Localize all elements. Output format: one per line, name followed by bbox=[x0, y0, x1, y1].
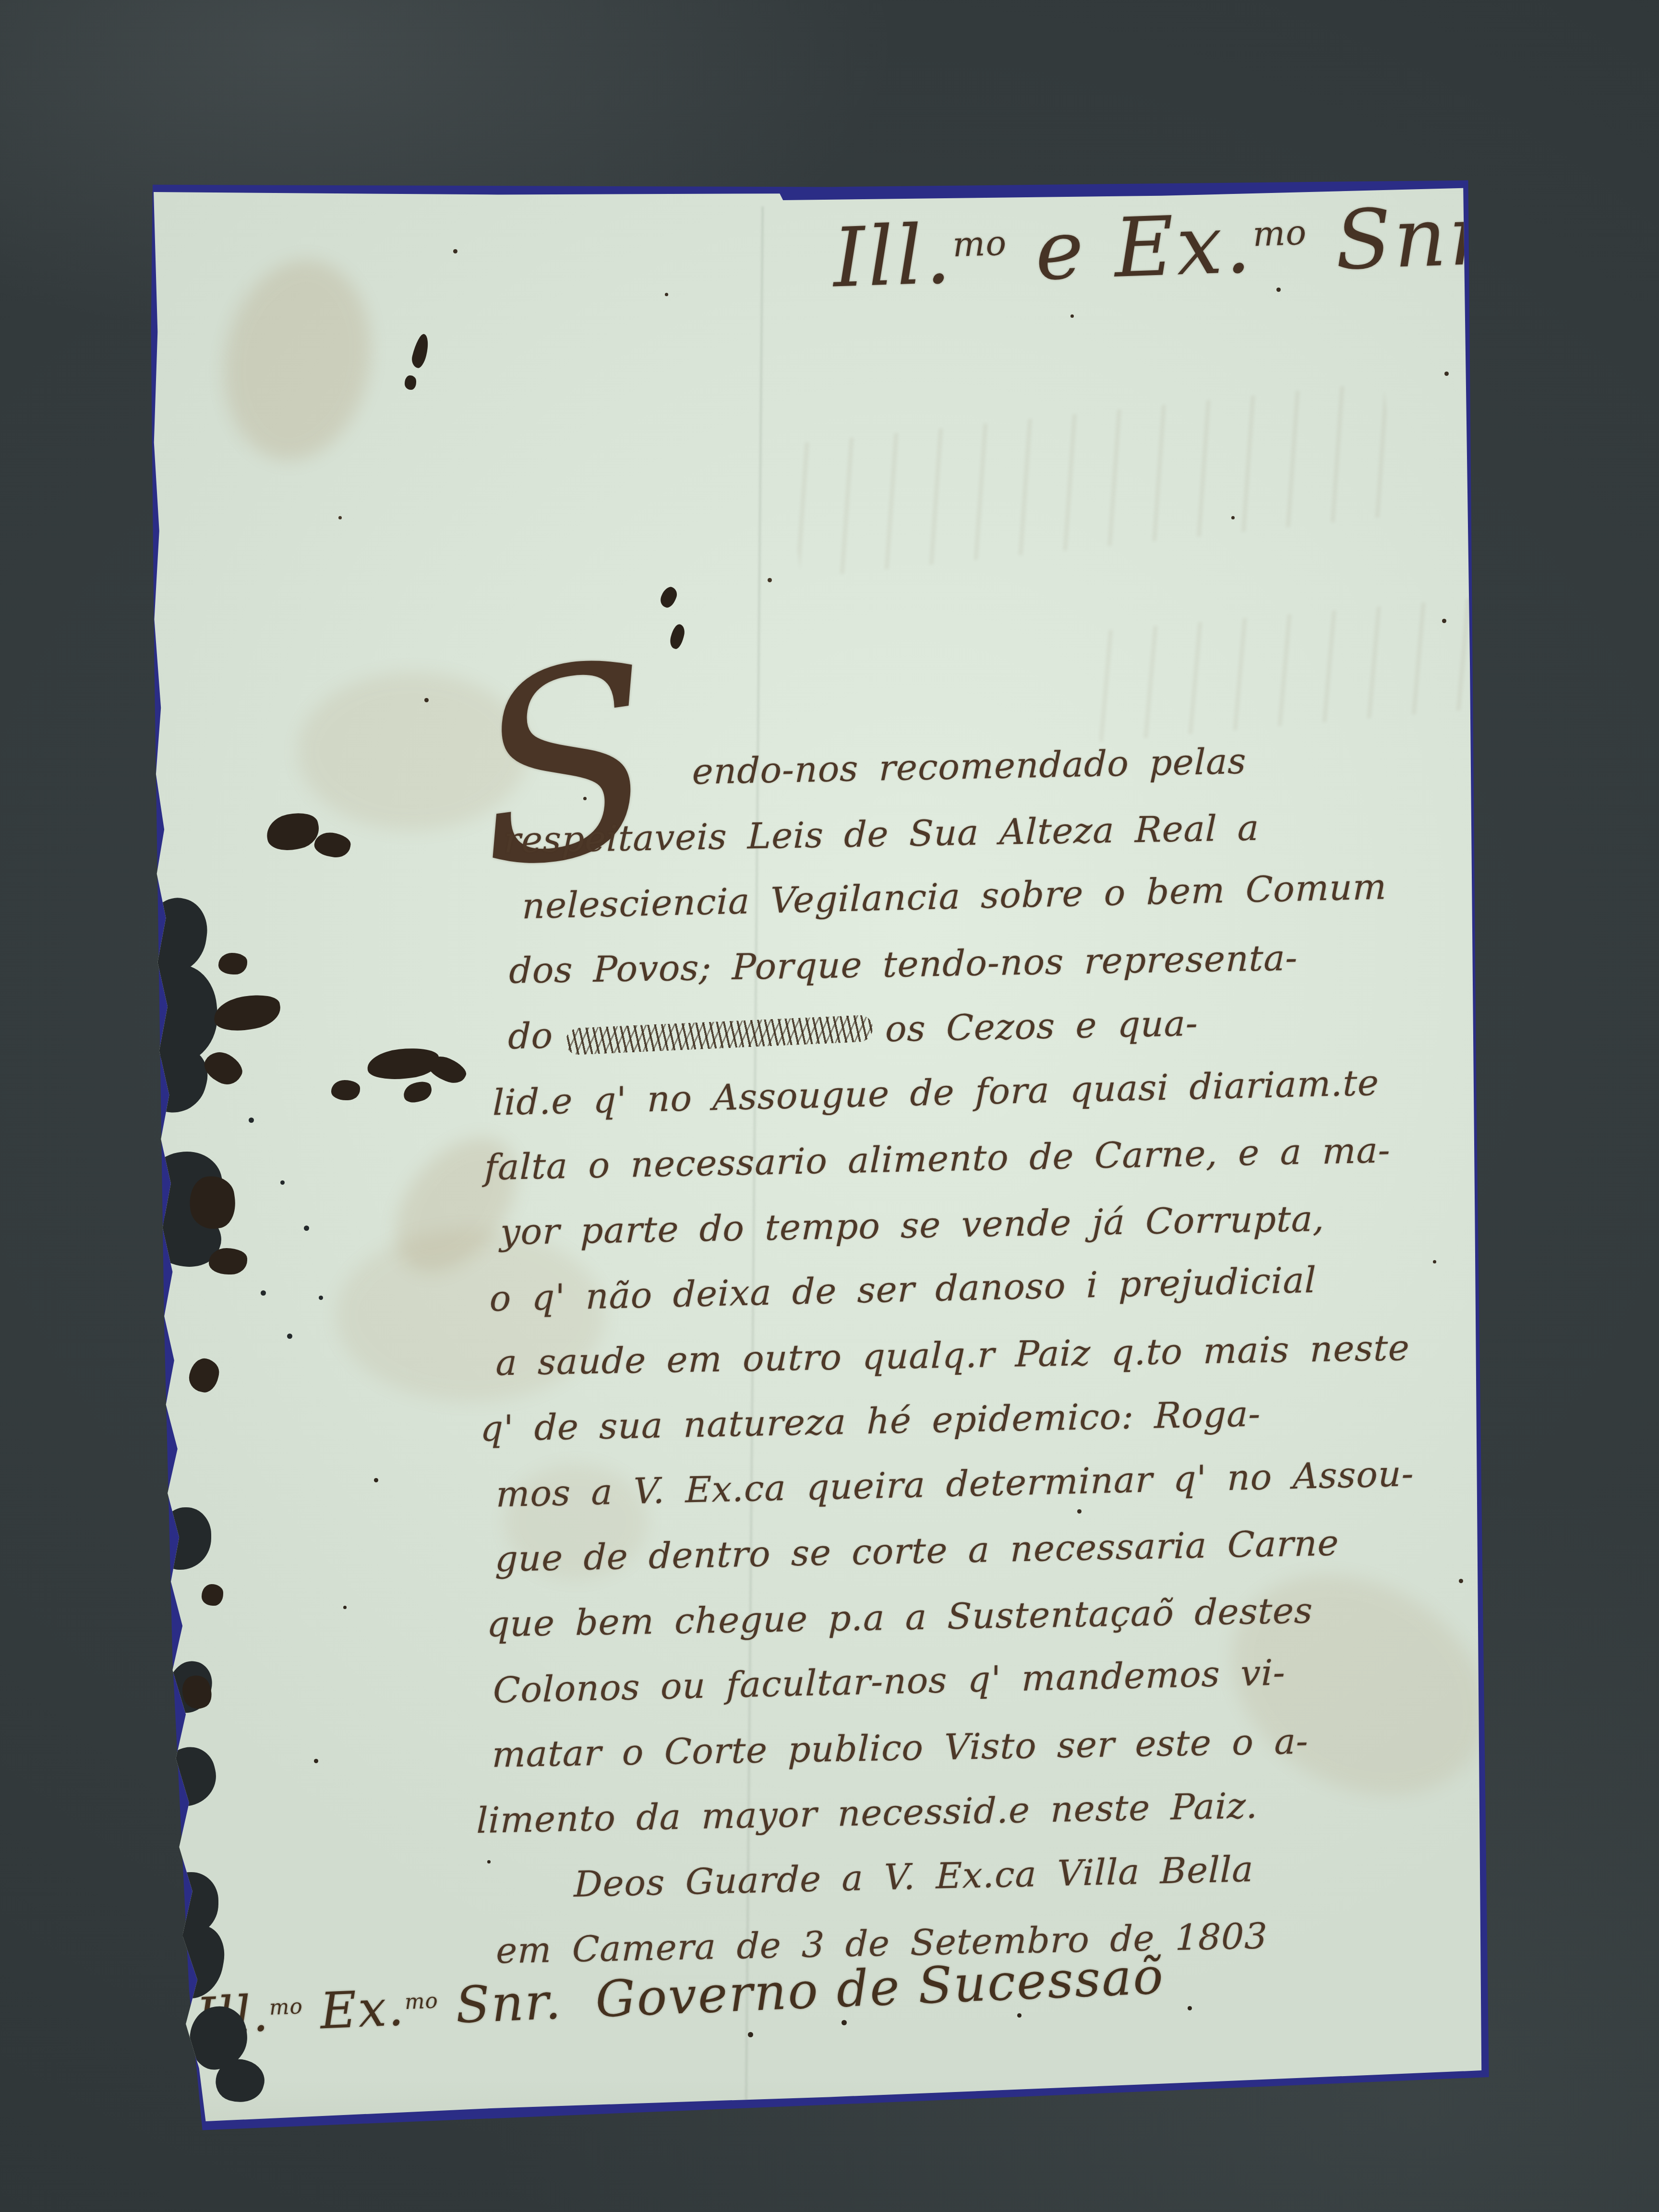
address-superscript: mo bbox=[269, 1994, 303, 2020]
salutation: Ill.mo e Ex.mo Snr. bbox=[831, 187, 1511, 306]
ink-blot bbox=[331, 1080, 360, 1100]
address-text: Snr. bbox=[437, 1972, 563, 2035]
manuscript-page: Ill.mo e Ex.mo Snr. Sendo-nos recomendad… bbox=[0, 0, 1659, 2212]
letter-body: Sendo-nos recomendado pelas respeitaveis… bbox=[471, 724, 1475, 1984]
ink-blot bbox=[211, 990, 283, 1035]
salutation-text: Ill. bbox=[831, 207, 955, 306]
ink-blot bbox=[313, 830, 352, 859]
address-superscript: mo bbox=[404, 1988, 439, 2014]
salutation-text: e Ex. bbox=[1005, 196, 1254, 300]
paper-specks bbox=[0, 0, 3, 3]
damage-hole bbox=[157, 1742, 222, 1810]
paper-stain bbox=[209, 248, 386, 472]
salutation-text: Snr. bbox=[1305, 187, 1511, 289]
ink-spot bbox=[410, 333, 432, 370]
show-through-writing bbox=[787, 382, 1397, 578]
damage-hole bbox=[158, 1507, 211, 1570]
ink-spot bbox=[668, 623, 686, 650]
address-text: Ex. bbox=[301, 1978, 406, 2041]
scribbled-out-text bbox=[565, 1015, 873, 1056]
ink-blot bbox=[186, 1356, 221, 1395]
ink-blot bbox=[218, 953, 247, 974]
manuscript-photo: Ill.mo e Ex.mo Snr. Sendo-nos recomendad… bbox=[0, 0, 1659, 2212]
ink-blot bbox=[401, 1079, 434, 1106]
salutation-superscript: mo bbox=[952, 223, 1008, 264]
ink-blot bbox=[209, 1248, 247, 1274]
show-through-writing bbox=[1091, 598, 1492, 742]
ink-blot bbox=[199, 1046, 247, 1090]
ink-blot bbox=[202, 1584, 223, 1606]
ink-blot bbox=[263, 808, 322, 854]
ink-spot bbox=[658, 585, 679, 610]
salutation-superscript: mo bbox=[1252, 212, 1308, 254]
ink-spot bbox=[405, 375, 416, 390]
